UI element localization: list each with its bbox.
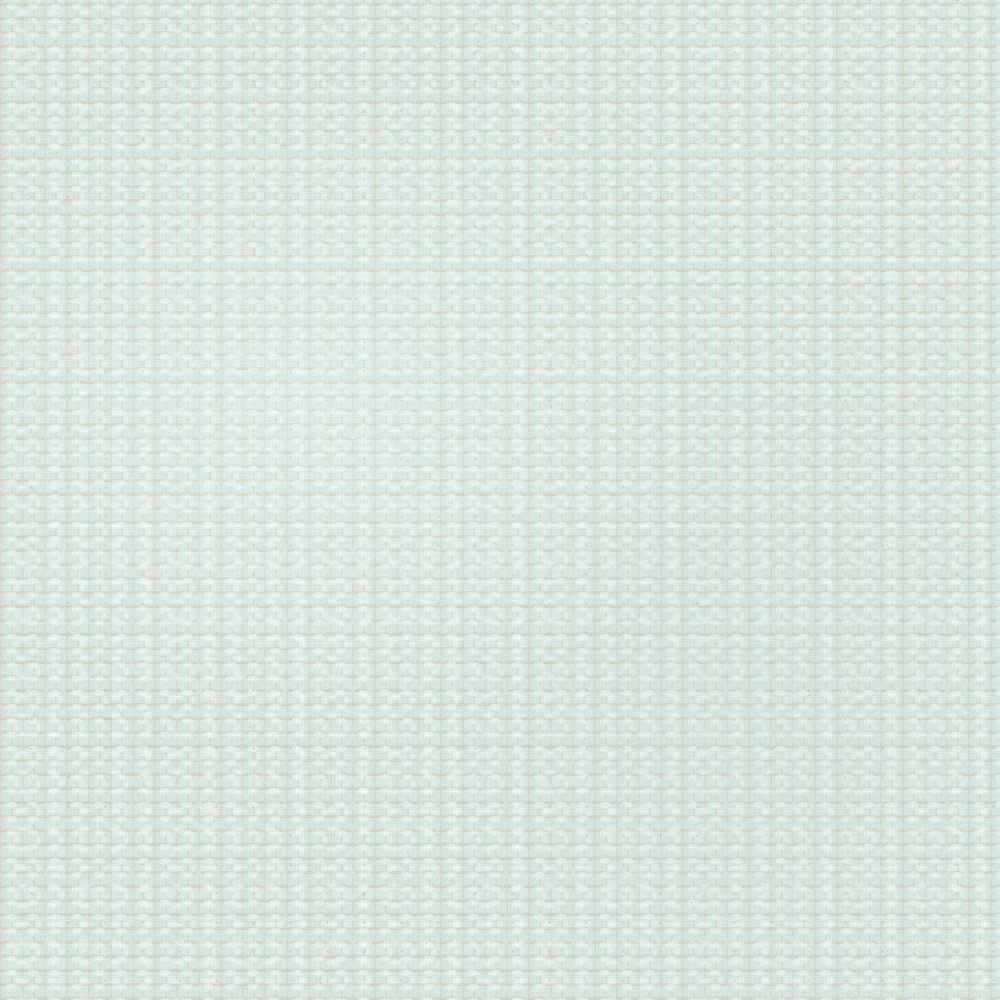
fabric-texture <box>0 0 1000 1000</box>
lighting-sheen <box>0 0 1000 1000</box>
